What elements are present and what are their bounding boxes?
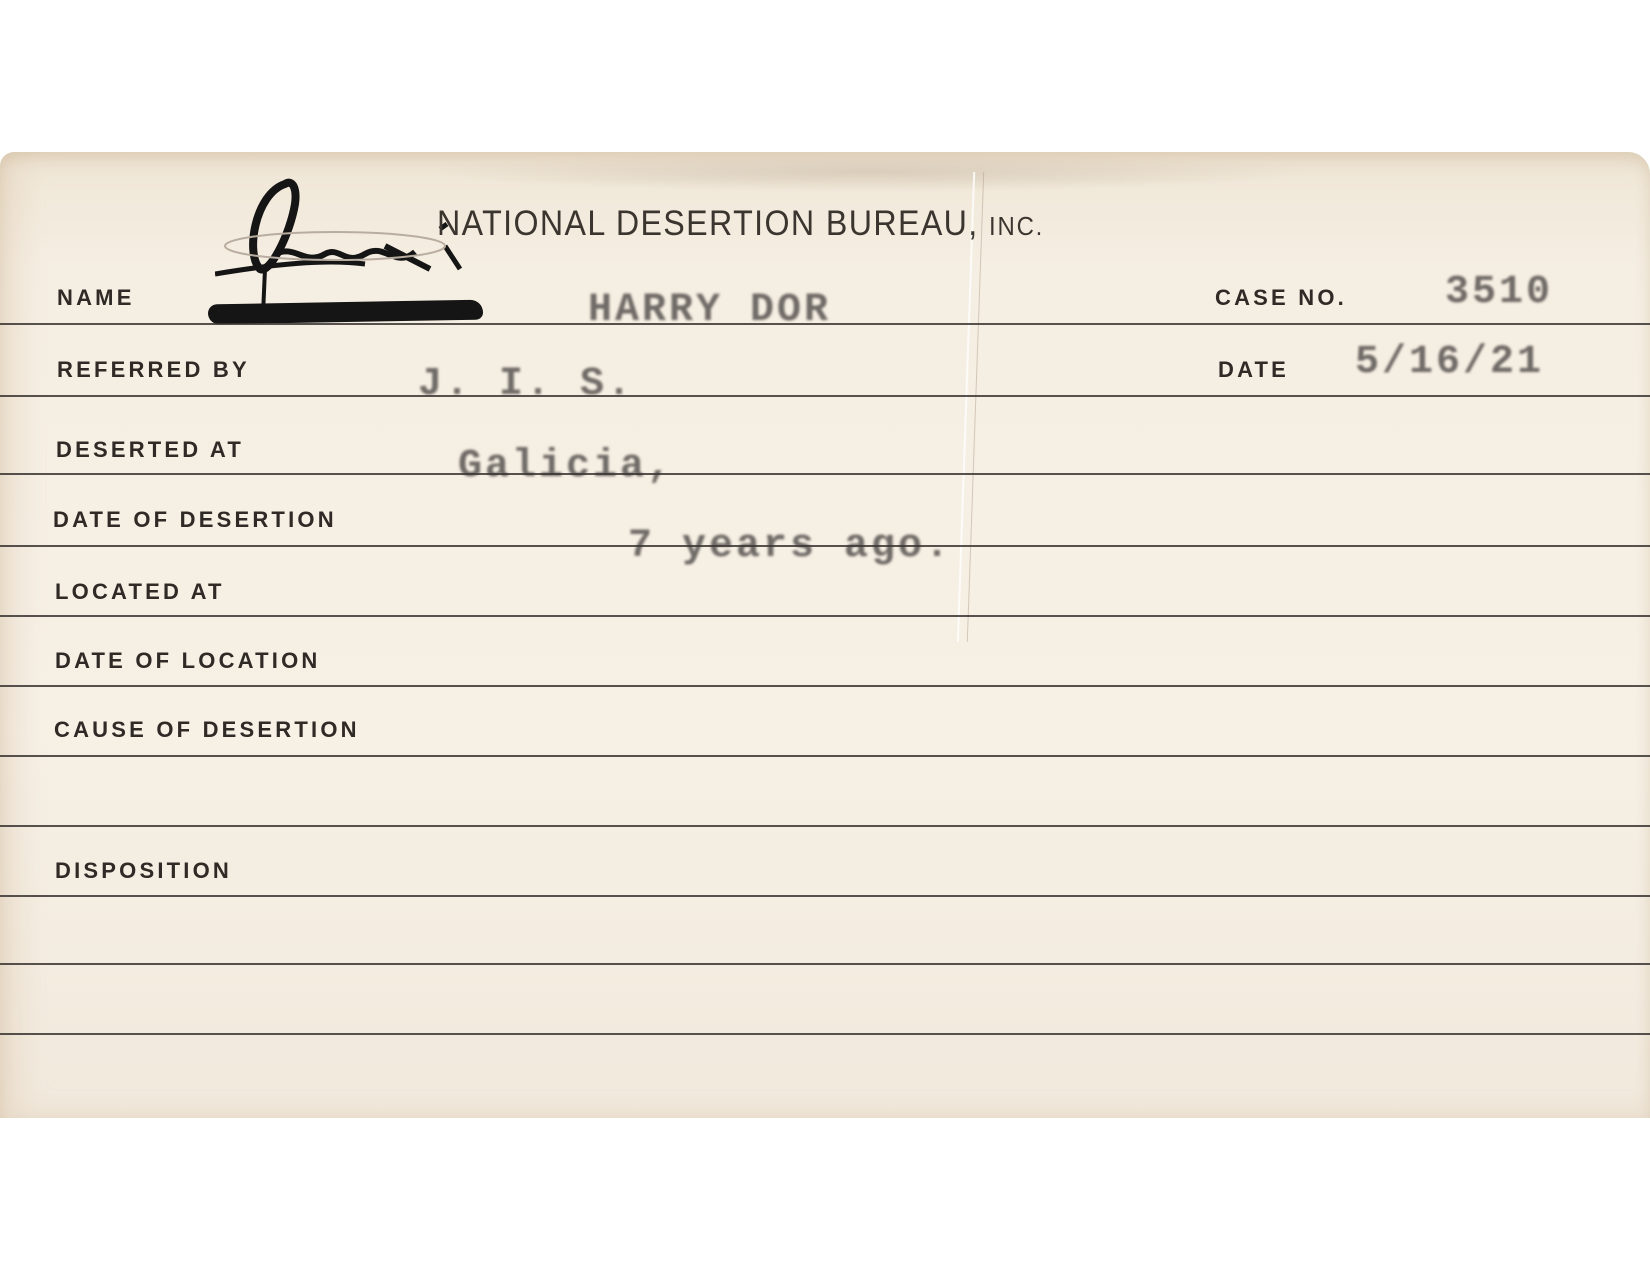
rule-line (0, 895, 1650, 897)
deserted-at-value: Galicia, (458, 444, 674, 489)
rule-line (0, 963, 1650, 965)
bureau-name: NATIONAL DESERTION BUREAU, (437, 204, 979, 243)
case-no-label: CASE NO. (1215, 285, 1347, 311)
date-of-location-label: DATE OF LOCATION (55, 648, 320, 674)
rule-line (0, 615, 1650, 617)
bureau-letterhead: NATIONAL DESERTION BUREAU, INC. (437, 204, 1044, 244)
rule-line (0, 825, 1650, 827)
bureau-suffix: INC. (989, 211, 1044, 241)
deserted-at-label: DESERTED AT (56, 437, 244, 463)
rule-line (0, 755, 1650, 757)
rule-line (0, 545, 1650, 547)
rule-line (0, 685, 1650, 687)
paper-stain (420, 152, 1320, 192)
name-value: HARRY DOR (588, 288, 831, 333)
rule-line (0, 323, 1650, 325)
cause-of-desertion-label: CAUSE OF DESERTION (54, 717, 360, 743)
case-no-value: 3510 (1445, 270, 1553, 315)
rule-line (0, 1033, 1650, 1035)
located-at-label: LOCATED AT (55, 579, 225, 605)
referred-by-value: J. I. S. (418, 362, 634, 407)
rule-line (0, 395, 1650, 397)
disposition-label: DISPOSITION (55, 858, 232, 884)
date-label: DATE (1218, 357, 1289, 383)
rule-line (0, 473, 1650, 475)
index-card: NATIONAL DESERTION BUREAU, INC. NAME HAR… (0, 152, 1650, 1118)
name-label: NAME (57, 285, 135, 311)
date-value: 5/16/21 (1355, 340, 1544, 385)
date-of-desertion-label: DATE OF DESERTION (53, 507, 337, 533)
referred-by-label: REFERRED BY (57, 357, 250, 383)
